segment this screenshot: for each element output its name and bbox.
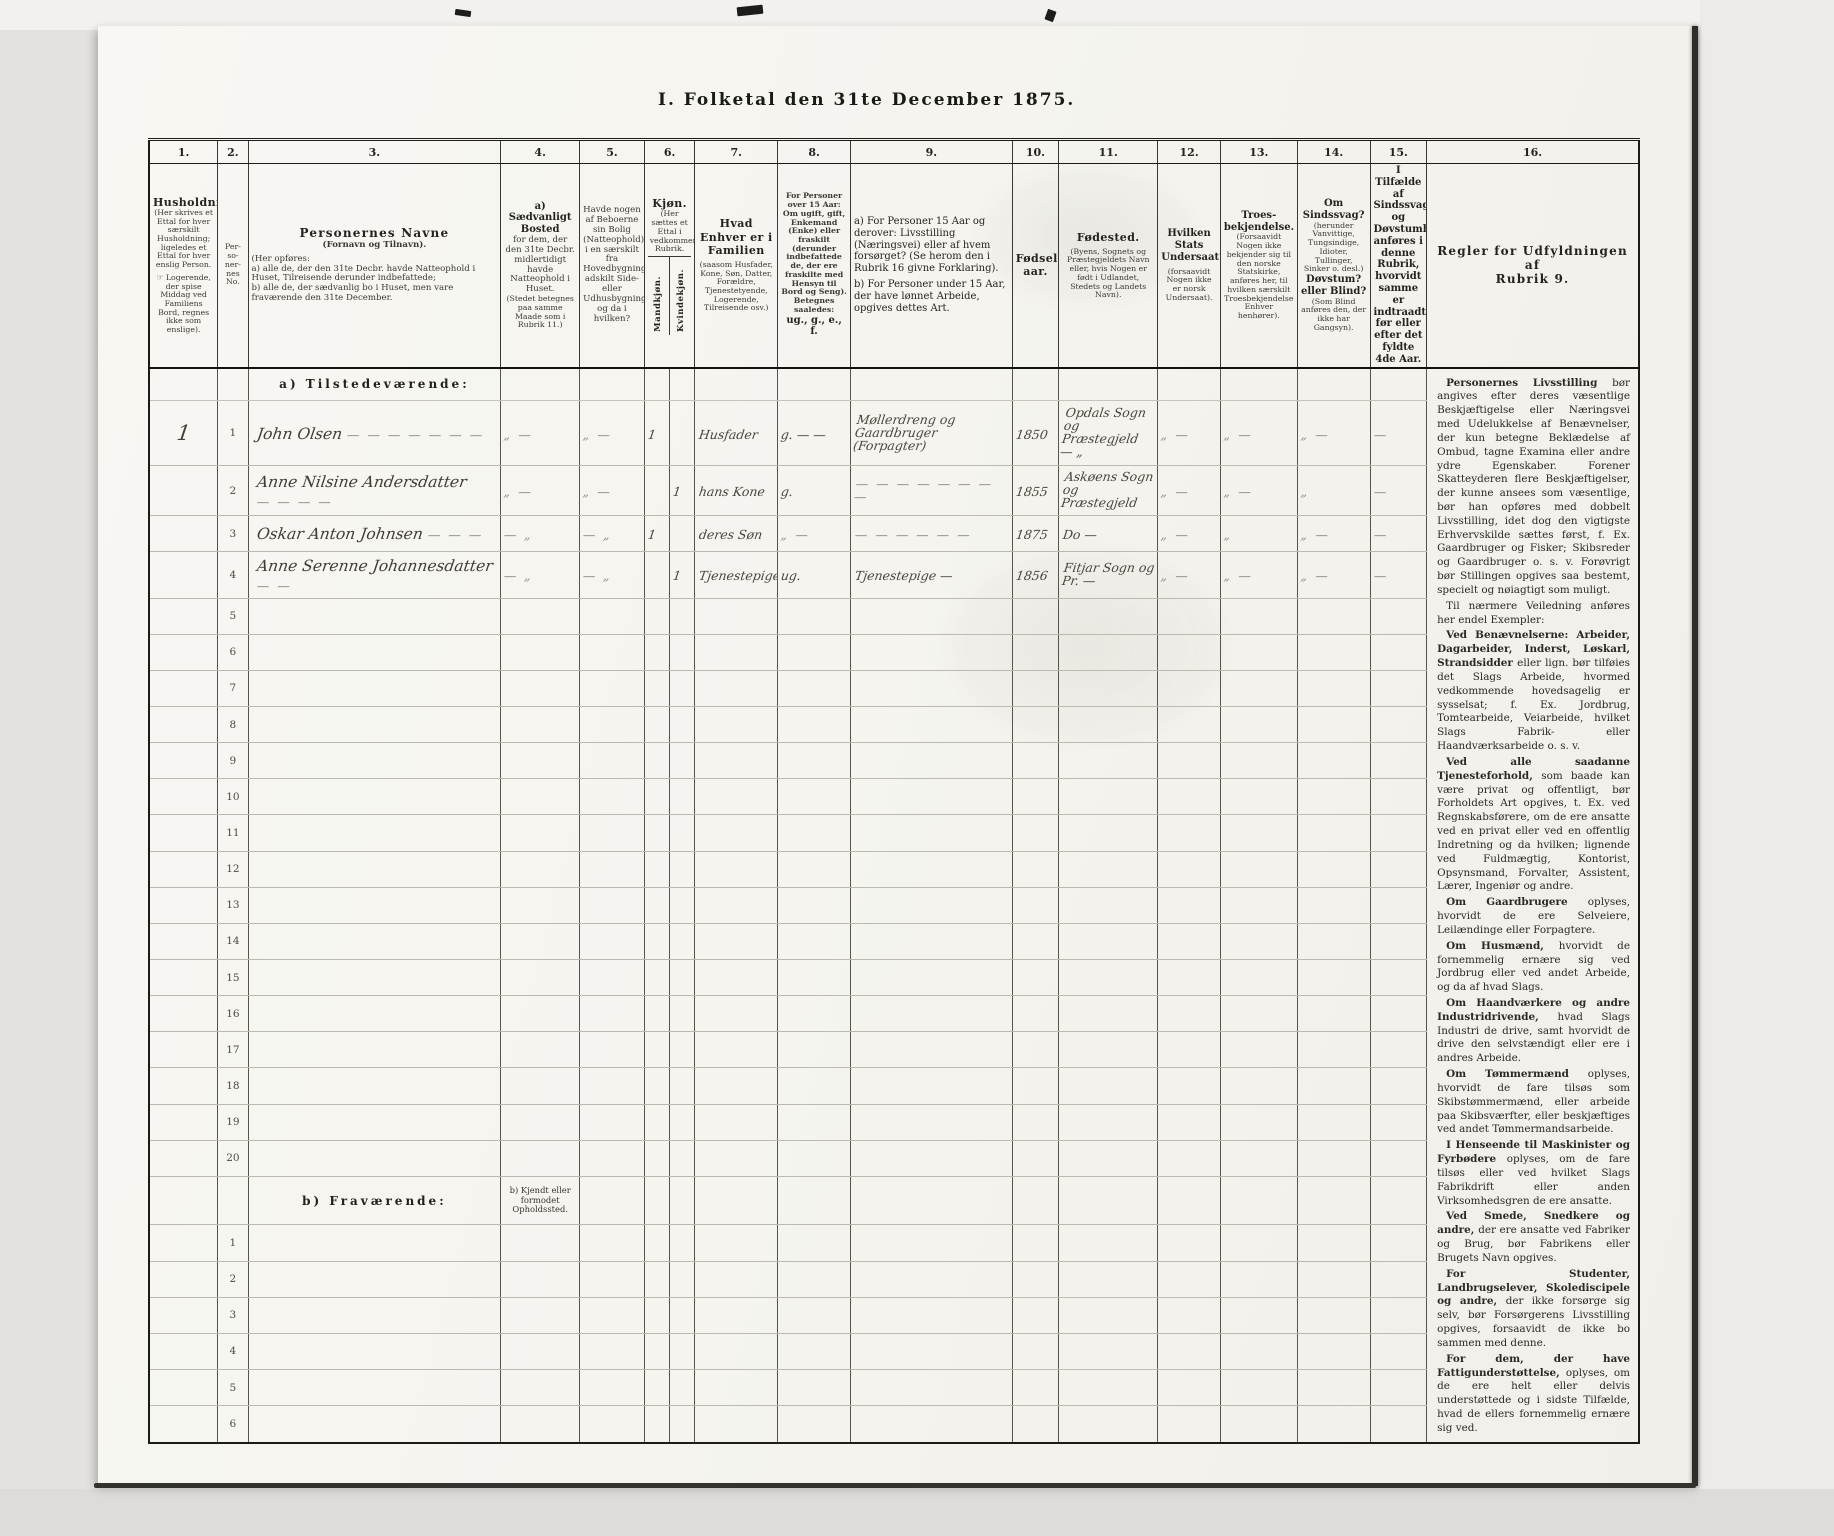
outbuilding-cell <box>580 1261 645 1297</box>
outbuilding-cell <box>580 670 645 706</box>
usual-residence-cell <box>501 707 580 743</box>
religion-cell <box>1220 1225 1297 1261</box>
disability-onset-cell <box>1370 670 1427 706</box>
occupation-cell <box>850 1406 1012 1443</box>
marital-status-cell: g. <box>778 466 851 516</box>
table-row: 7 <box>149 670 1639 706</box>
birthplace-cell <box>1059 1333 1158 1369</box>
birth-year-cell <box>1012 851 1058 887</box>
citizenship-cell <box>1158 887 1221 923</box>
marital-status-cell <box>778 996 851 1032</box>
birth-year-cell <box>1012 634 1058 670</box>
birth-year-cell <box>1012 960 1058 996</box>
male-cell <box>644 779 669 815</box>
empty-cell <box>850 368 1012 401</box>
religion-cell <box>1220 1370 1297 1406</box>
household-number-cell <box>149 779 218 815</box>
handwritten-entry: „ — <box>780 528 811 541</box>
disability-cell <box>1297 1297 1370 1333</box>
family-position-cell <box>695 815 778 851</box>
col-num-10: 10. <box>1012 140 1058 164</box>
citizenship-cell <box>1158 1297 1221 1333</box>
female-cell <box>670 923 695 959</box>
birthplace-cell <box>1059 996 1158 1032</box>
row-number: 3 <box>221 528 244 540</box>
name-cell <box>248 1370 501 1406</box>
usual-residence-cell <box>501 670 580 706</box>
female-cell <box>670 634 695 670</box>
religion-cell <box>1220 1032 1297 1068</box>
religion-cell <box>1220 851 1297 887</box>
empty-cell <box>1220 368 1297 401</box>
person-number-cell: 8 <box>218 707 248 743</box>
disability-onset-cell <box>1370 923 1427 959</box>
col-num-3: 3. <box>248 140 501 164</box>
rules-paragraph: I Henseende til Maskinister og Fyrbødere… <box>1437 1139 1630 1208</box>
usual-residence-cell <box>501 815 580 851</box>
name-cell <box>248 779 501 815</box>
handwritten-entry: „ — <box>1300 528 1331 541</box>
row-number: 20 <box>221 1152 244 1164</box>
row-number: 6 <box>221 1418 244 1430</box>
household-number-cell <box>149 887 218 923</box>
person-number-cell: 20 <box>218 1140 248 1176</box>
marital-status-cell <box>778 1068 851 1104</box>
disability-onset-cell <box>1370 960 1427 996</box>
occupation-cell <box>850 1068 1012 1104</box>
disability-cell <box>1297 1261 1370 1297</box>
birth-year-cell: 1850 <box>1012 401 1058 466</box>
male-cell <box>644 1032 669 1068</box>
birth-year-cell <box>1012 996 1058 1032</box>
handwritten-entry: 1875 <box>1015 528 1049 541</box>
name-cell <box>248 960 501 996</box>
outbuilding-cell <box>580 1140 645 1176</box>
table-row: 12 <box>149 851 1639 887</box>
name-cell <box>248 707 501 743</box>
citizenship-cell <box>1158 1068 1221 1104</box>
household-number-cell <box>149 1333 218 1369</box>
empty-cell <box>644 1176 669 1225</box>
family-position-cell <box>695 960 778 996</box>
handwritten-entry: — „ <box>503 528 534 541</box>
household-number-cell <box>149 743 218 779</box>
section-b-note-cell: b) Kjendt eller formodet Opholdssted. <box>501 1176 580 1225</box>
male-cell <box>644 552 669 598</box>
male-cell <box>644 743 669 779</box>
occupation-cell: Tjenestepige — <box>850 552 1012 598</box>
outbuilding-cell: „ — <box>580 401 645 466</box>
person-number-cell: 7 <box>218 670 248 706</box>
religion-cell <box>1220 743 1297 779</box>
disability-cell: „ <box>1297 466 1370 516</box>
citizenship-cell <box>1158 960 1221 996</box>
family-position-cell <box>695 1333 778 1369</box>
disability-onset-cell <box>1370 851 1427 887</box>
empty-cell <box>1297 1176 1370 1225</box>
disability-cell <box>1297 1068 1370 1104</box>
handwritten-entry: ug. <box>780 569 802 582</box>
table-row: 1 <box>149 1225 1639 1261</box>
marital-status-cell <box>778 670 851 706</box>
birthplace-cell <box>1059 923 1158 959</box>
birth-year-cell <box>1012 707 1058 743</box>
disability-onset-cell <box>1370 887 1427 923</box>
household-number-cell <box>149 1032 218 1068</box>
empty-cell <box>778 1176 851 1225</box>
occupation-cell <box>850 779 1012 815</box>
female-cell <box>670 960 695 996</box>
disability-cell <box>1297 1032 1370 1068</box>
person-number-cell <box>218 1176 248 1225</box>
usual-residence-cell <box>501 923 580 959</box>
empty-cell <box>644 368 669 401</box>
table-row: 9 <box>149 743 1639 779</box>
table-row: 15 <box>149 960 1639 996</box>
row-number: 14 <box>221 935 244 947</box>
outbuilding-cell <box>580 779 645 815</box>
column-header-row: Husholdninger. (Her skrives et Ettal for… <box>149 164 1639 368</box>
scan-bottom-edge <box>0 1489 1834 1536</box>
usual-residence-cell: — „ <box>501 552 580 598</box>
household-number-cell <box>149 368 218 401</box>
outbuilding-cell <box>580 887 645 923</box>
citizenship-cell <box>1158 815 1221 851</box>
female-cell: 1 <box>670 552 695 598</box>
column-number-row: 1. 2. 3. 4. 5. 6. 7. 8. 9. 10. 11. 12. 1… <box>149 140 1639 164</box>
disability-onset-cell <box>1370 815 1427 851</box>
row-number: 4 <box>221 569 244 581</box>
rules-paragraph: For dem, der have Fattigunderstøttelse, … <box>1437 1353 1630 1436</box>
household-number-cell <box>149 707 218 743</box>
person-number-cell: 4 <box>218 1333 248 1369</box>
usual-residence-cell <box>501 1261 580 1297</box>
person-number-cell: 2 <box>218 466 248 516</box>
birthplace-cell <box>1059 815 1158 851</box>
handwritten-entry: — — <box>256 579 293 592</box>
outbuilding-cell <box>580 707 645 743</box>
row-number: 13 <box>221 899 244 911</box>
table-row: 4Anne Serenne Johannesdatter — —— „— „1T… <box>149 552 1639 598</box>
birth-year-cell: 1856 <box>1012 552 1058 598</box>
citizenship-cell <box>1158 996 1221 1032</box>
disability-onset-cell: — <box>1370 516 1427 552</box>
household-number-cell <box>149 670 218 706</box>
usual-residence-cell: „ — <box>501 466 580 516</box>
handwritten-entry: Anne Nilsine Andersdatter <box>255 474 467 490</box>
household-number-cell <box>149 552 218 598</box>
household-number-cell <box>149 1261 218 1297</box>
handwritten-entry: — <box>1373 569 1389 582</box>
marital-status-cell <box>778 815 851 851</box>
person-number-cell: 15 <box>218 960 248 996</box>
disability-cell <box>1297 1333 1370 1369</box>
female-cell <box>670 1261 695 1297</box>
name-cell <box>248 996 501 1032</box>
section-a-label: a) Tilstedeværende: <box>252 377 498 391</box>
marital-status-cell <box>778 1140 851 1176</box>
religion-cell <box>1220 598 1297 634</box>
occupation-cell <box>850 887 1012 923</box>
empty-cell <box>670 368 695 401</box>
female-cell <box>670 707 695 743</box>
disability-cell <box>1297 743 1370 779</box>
birthplace-cell <box>1059 851 1158 887</box>
empty-cell <box>1158 1176 1221 1225</box>
female-cell <box>670 996 695 1032</box>
handwritten-entry: „ — <box>582 485 613 498</box>
row-number: 9 <box>221 755 244 767</box>
usual-residence-cell <box>501 960 580 996</box>
scan-right-edge <box>1700 0 1834 1536</box>
family-position-cell <box>695 923 778 959</box>
handwritten-entry: „ — <box>1300 569 1331 582</box>
citizenship-cell: „ — <box>1158 552 1221 598</box>
empty-cell <box>1220 1176 1297 1225</box>
birthplace-cell <box>1059 1297 1158 1333</box>
name-cell <box>248 887 501 923</box>
male-cell <box>644 851 669 887</box>
religion-cell: „ <box>1220 516 1297 552</box>
usual-residence-cell <box>501 1068 580 1104</box>
page-title: I. Folketal den 31te December 1875. <box>658 90 1078 110</box>
birth-year-cell <box>1012 1406 1058 1443</box>
marital-status-cell <box>778 707 851 743</box>
birth-year-cell <box>1012 1261 1058 1297</box>
page-bottom-edge <box>94 1483 1696 1488</box>
disability-cell <box>1297 670 1370 706</box>
person-number-cell: 6 <box>218 1406 248 1443</box>
citizenship-cell <box>1158 670 1221 706</box>
male-cell <box>644 1333 669 1369</box>
name-cell <box>248 1261 501 1297</box>
handwritten-entry: Oskar Anton Johnsen <box>255 526 423 542</box>
person-number-cell: 1 <box>218 401 248 466</box>
occupation-cell <box>850 1297 1012 1333</box>
person-number-cell: 2 <box>218 1261 248 1297</box>
citizenship-cell <box>1158 743 1221 779</box>
handwritten-entry: „ <box>1300 485 1310 498</box>
person-number-cell: 11 <box>218 815 248 851</box>
male-cell <box>644 1297 669 1333</box>
household-number-cell: 1 <box>149 401 218 466</box>
outbuilding-cell <box>580 851 645 887</box>
birth-year-cell <box>1012 670 1058 706</box>
family-position-cell <box>695 634 778 670</box>
birthplace-cell: Opdals Sogn og Præstegjeld — „ <box>1059 401 1158 466</box>
header-birth-year: Fødsels- aar. <box>1012 164 1058 368</box>
rules-paragraph: For Studenter, Landbrugselever, Skoledis… <box>1437 1268 1630 1351</box>
birthplace-cell <box>1059 707 1158 743</box>
section-b-label-cell: b) Fraværende: <box>248 1176 501 1225</box>
empty-cell <box>1370 368 1427 401</box>
female-cell <box>670 779 695 815</box>
birthplace-cell <box>1059 1406 1158 1443</box>
birth-year-cell <box>1012 598 1058 634</box>
col-num-8: 8. <box>778 140 851 164</box>
disability-onset-cell <box>1370 1140 1427 1176</box>
male-cell <box>644 634 669 670</box>
handwritten-entry: deres Søn <box>698 528 763 541</box>
birthplace-cell: Askøens Sogn og Præstegjeld <box>1059 466 1158 516</box>
marital-status-cell <box>778 851 851 887</box>
religion-cell: „ — <box>1220 401 1297 466</box>
household-number-cell <box>149 466 218 516</box>
table-row: 8 <box>149 707 1639 743</box>
section-a-label-cell: a) Tilstedeværende: <box>248 368 501 401</box>
religion-cell <box>1220 707 1297 743</box>
table-row: 5 <box>149 1370 1639 1406</box>
family-position-cell <box>695 1261 778 1297</box>
occupation-cell <box>850 815 1012 851</box>
disability-cell <box>1297 815 1370 851</box>
female-cell <box>670 1406 695 1443</box>
occupation-cell <box>850 1370 1012 1406</box>
disability-onset-cell <box>1370 1370 1427 1406</box>
marital-status-cell <box>778 1261 851 1297</box>
name-cell <box>248 1333 501 1369</box>
handwritten-entry: „ — <box>1223 485 1254 498</box>
religion-cell <box>1220 670 1297 706</box>
col-num-5: 5. <box>580 140 645 164</box>
family-position-cell <box>695 743 778 779</box>
birthplace-cell <box>1059 670 1158 706</box>
empty-cell <box>1370 1176 1427 1225</box>
citizenship-cell <box>1158 851 1221 887</box>
household-number-cell <box>149 851 218 887</box>
occupation-cell <box>850 1032 1012 1068</box>
male-cell <box>644 1225 669 1261</box>
birth-year-cell <box>1012 1225 1058 1261</box>
religion-cell <box>1220 1140 1297 1176</box>
handwritten-entry: — <box>1373 485 1389 498</box>
usual-residence-cell <box>501 1370 580 1406</box>
row-number: 16 <box>221 1008 244 1020</box>
table-header: 1. 2. 3. 4. 5. 6. 7. 8. 9. 10. 11. 12. 1… <box>149 140 1639 368</box>
disability-cell <box>1297 996 1370 1032</box>
female-cell <box>670 598 695 634</box>
handwritten-entry: „ — <box>1223 569 1254 582</box>
header-male: Mandkjøn. <box>648 257 669 335</box>
row-number: 3 <box>221 1309 244 1321</box>
household-number-cell <box>149 1104 218 1140</box>
census-table: 1. 2. 3. 4. 5. 6. 7. 8. 9. 10. 11. 12. 1… <box>148 138 1640 1444</box>
table-row: 11 <box>149 815 1639 851</box>
row-number: 19 <box>221 1116 244 1128</box>
usual-residence-cell <box>501 1104 580 1140</box>
rules-text-cell: Personernes Livsstilling bør angives eft… <box>1427 368 1639 1443</box>
disability-onset-cell <box>1370 1032 1427 1068</box>
birth-year-cell: 1875 <box>1012 516 1058 552</box>
occupation-cell <box>850 1140 1012 1176</box>
occupation-cell: — — — — — — — — <box>850 466 1012 516</box>
table-row: 11John Olsen — — — — — — —„ —„ —1Husfade… <box>149 401 1639 466</box>
citizenship-cell <box>1158 1140 1221 1176</box>
table-row: 3Oskar Anton Johnsen — — —— „— „1deres S… <box>149 516 1639 552</box>
handwritten-entry: 1 <box>175 422 191 444</box>
usual-residence-cell <box>501 1032 580 1068</box>
section-a-row: a) Tilstedeværende:Personernes Livsstill… <box>149 368 1639 401</box>
outbuilding-cell <box>580 1032 645 1068</box>
birthplace-cell <box>1059 1225 1158 1261</box>
household-number-cell <box>149 1176 218 1225</box>
citizenship-cell <box>1158 779 1221 815</box>
table-row: 6 <box>149 634 1639 670</box>
female-cell <box>670 1370 695 1406</box>
male-cell <box>644 1140 669 1176</box>
table-row: 3 <box>149 1297 1639 1333</box>
handwritten-entry: „ — <box>503 485 534 498</box>
religion-cell <box>1220 1104 1297 1140</box>
handwritten-entry: 1 <box>647 528 657 541</box>
disability-onset-cell <box>1370 707 1427 743</box>
rules-paragraph: Om Tømmermænd oplyses, hvorvidt de fare … <box>1437 1068 1630 1137</box>
birthplace-cell <box>1059 1140 1158 1176</box>
female-cell <box>670 743 695 779</box>
birthplace-cell <box>1059 960 1158 996</box>
rules-paragraph: Ved Benævnelserne: Arbeider, Dagarbeider… <box>1437 629 1630 753</box>
name-cell <box>248 1225 501 1261</box>
handwritten-entry: Do — <box>1062 528 1098 541</box>
col-num-15: 15. <box>1370 140 1427 164</box>
occupation-cell <box>850 707 1012 743</box>
handwritten-entry: 1856 <box>1015 569 1049 582</box>
col-num-11: 11. <box>1059 140 1158 164</box>
family-position-cell <box>695 670 778 706</box>
household-number-cell <box>149 516 218 552</box>
birth-year-cell <box>1012 815 1058 851</box>
outbuilding-cell <box>580 815 645 851</box>
citizenship-cell <box>1158 1333 1221 1369</box>
usual-residence-cell <box>501 634 580 670</box>
usual-residence-cell <box>501 779 580 815</box>
birthplace-cell <box>1059 1370 1158 1406</box>
name-cell <box>248 1032 501 1068</box>
name-cell: John Olsen — — — — — — — <box>248 401 501 466</box>
family-position-cell <box>695 1370 778 1406</box>
handwritten-entry: hans Kone <box>698 485 766 498</box>
birth-year-cell <box>1012 779 1058 815</box>
household-number-cell <box>149 634 218 670</box>
handwritten-entry: Tjenestepige <box>698 569 777 582</box>
occupation-cell <box>850 996 1012 1032</box>
name-cell <box>248 1297 501 1333</box>
outbuilding-cell: — „ <box>580 516 645 552</box>
handwritten-entry: „ — <box>1223 428 1254 441</box>
religion-cell <box>1220 996 1297 1032</box>
book-spine-shadow <box>1692 26 1698 1486</box>
outbuilding-cell <box>580 1370 645 1406</box>
family-position-cell <box>695 1140 778 1176</box>
header-names: Personernes Navne (Fornavn og Tilnavn). … <box>248 164 501 368</box>
disability-onset-cell <box>1370 1068 1427 1104</box>
col-num-6: 6. <box>644 140 695 164</box>
family-position-cell <box>695 707 778 743</box>
male-cell <box>644 815 669 851</box>
header-households: Husholdninger. (Her skrives et Ettal for… <box>149 164 218 368</box>
handwritten-entry: — — — — <box>256 495 334 508</box>
occupation-cell <box>850 1225 1012 1261</box>
col-num-14: 14. <box>1297 140 1370 164</box>
male-cell <box>644 996 669 1032</box>
marital-status-cell: g. — — <box>778 401 851 466</box>
family-position-cell <box>695 1225 778 1261</box>
female-cell <box>670 1297 695 1333</box>
household-number-cell <box>149 996 218 1032</box>
row-number: 15 <box>221 972 244 984</box>
person-number-cell: 18 <box>218 1068 248 1104</box>
outbuilding-cell <box>580 1068 645 1104</box>
